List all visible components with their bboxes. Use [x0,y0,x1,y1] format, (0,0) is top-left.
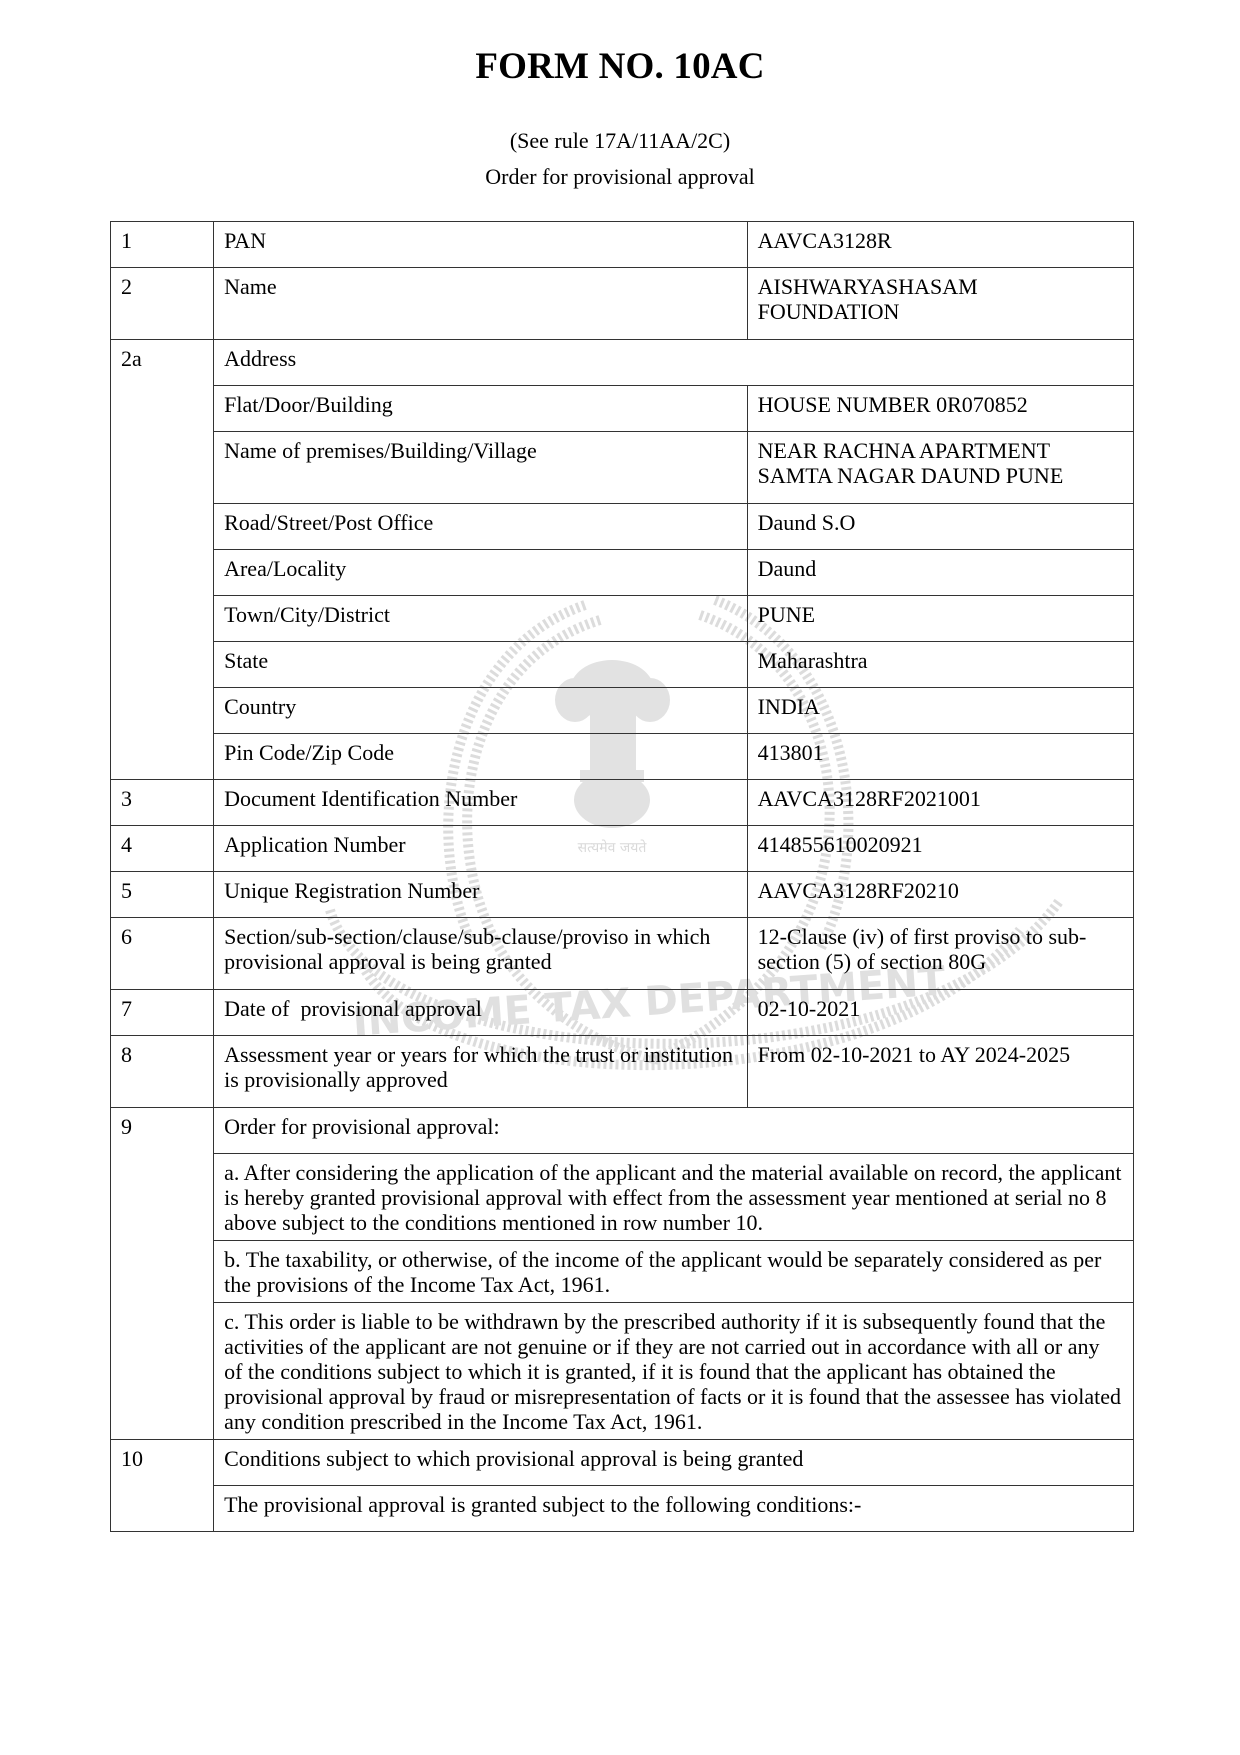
din-value: AAVCA3128RF2021001 [747,780,1133,826]
form-subtitle: Order for provisional approval [0,164,1240,190]
flat-door-building-value: HOUSE NUMBER 0R070852 [747,386,1133,432]
field-label: Section/sub-section/clause/sub-clause/pr… [214,918,748,990]
field-label: Name [214,268,748,340]
order-paragraph-row: b. The taxability, or otherwise, of the … [111,1241,1134,1303]
address-row: Road/Street/Post Office Daund S.O [111,504,1134,550]
serial-number: 10 [111,1440,214,1532]
field-label: Assessment year or years for which the t… [214,1036,748,1108]
application-number-value: 414855610020921 [747,826,1133,872]
address-row: Country INDIA [111,688,1134,734]
field-label: Country [214,688,748,734]
table-row-address: 2a Address [111,340,1134,386]
form-title: FORM NO. 10AC [0,45,1240,88]
field-label: Road/Street/Post Office [214,504,748,550]
serial-number: 3 [111,780,214,826]
order-paragraph-b: b. The taxability, or otherwise, of the … [214,1241,1134,1303]
table-row-conditions: 10 Conditions subject to which provision… [111,1440,1134,1486]
address-row: Area/Locality Daund [111,550,1134,596]
table-row-assessment-year: 8 Assessment year or years for which the… [111,1036,1134,1108]
serial-number: 2a [111,340,214,780]
table-row-section: 6 Section/sub-section/clause/sub-clause/… [111,918,1134,990]
order-paragraph-c: c. This order is liable to be withdrawn … [214,1303,1134,1440]
field-label: Name of premises/Building/Village [214,432,748,504]
rule-reference: (See rule 17A/11AA/2C) [0,128,1240,154]
conditions-intro-row: The provisional approval is granted subj… [111,1486,1134,1532]
table-row-application: 4 Application Number 414855610020921 [111,826,1134,872]
table-row-pan: 1 PAN AAVCA3128R [111,222,1134,268]
field-label: Date of provisional approval [214,990,748,1036]
field-label: State [214,642,748,688]
assessment-year-value: From 02-10-2021 to AY 2024-2025 [747,1036,1133,1108]
name-value: AISHWARYASHASAM FOUNDATION [747,268,1133,340]
provisional-approval-table: 1 PAN AAVCA3128R 2 Name AISHWARYASHASAM … [110,221,1134,1532]
address-row: State Maharashtra [111,642,1134,688]
address-row: Flat/Door/Building HOUSE NUMBER 0R070852 [111,386,1134,432]
pan-value: AAVCA3128R [747,222,1133,268]
field-label: Application Number [214,826,748,872]
serial-number: 8 [111,1036,214,1108]
order-paragraph-a: a. After considering the application of … [214,1154,1134,1241]
premises-value: NEAR RACHNA APARTMENT SAMTA NAGAR DAUND … [747,432,1133,504]
field-label: Area/Locality [214,550,748,596]
table-row-order: 9 Order for provisional approval: [111,1108,1134,1154]
serial-number: 6 [111,918,214,990]
table-row-din: 3 Document Identification Number AAVCA31… [111,780,1134,826]
address-heading: Address [214,340,1134,386]
serial-number: 2 [111,268,214,340]
approval-date-value: 02-10-2021 [747,990,1133,1036]
road-street-value: Daund S.O [747,504,1133,550]
address-row: Pin Code/Zip Code 413801 [111,734,1134,780]
town-city-value: PUNE [747,596,1133,642]
conditions-heading: Conditions subject to which provisional … [214,1440,1134,1486]
field-label: Pin Code/Zip Code [214,734,748,780]
country-value: INDIA [747,688,1133,734]
pin-code-value: 413801 [747,734,1133,780]
serial-number: 7 [111,990,214,1036]
area-locality-value: Daund [747,550,1133,596]
table-row-urn: 5 Unique Registration Number AAVCA3128RF… [111,872,1134,918]
field-label: Document Identification Number [214,780,748,826]
serial-number: 9 [111,1108,214,1440]
table-row-name: 2 Name AISHWARYASHASAM FOUNDATION [111,268,1134,340]
section-value: 12-Clause (iv) of first proviso to sub-s… [747,918,1133,990]
serial-number: 1 [111,222,214,268]
field-label: Flat/Door/Building [214,386,748,432]
table-row-date: 7 Date of provisional approval 02-10-202… [111,990,1134,1036]
field-label: Town/City/District [214,596,748,642]
state-value: Maharashtra [747,642,1133,688]
conditions-intro: The provisional approval is granted subj… [214,1486,1134,1532]
urn-value: AAVCA3128RF20210 [747,872,1133,918]
field-label: Unique Registration Number [214,872,748,918]
serial-number: 4 [111,826,214,872]
order-paragraph-row: a. After considering the application of … [111,1154,1134,1241]
address-row: Town/City/District PUNE [111,596,1134,642]
serial-number: 5 [111,872,214,918]
order-heading: Order for provisional approval: [214,1108,1134,1154]
address-row: Name of premises/Building/Village NEAR R… [111,432,1134,504]
field-label: PAN [214,222,748,268]
order-paragraph-row: c. This order is liable to be withdrawn … [111,1303,1134,1440]
